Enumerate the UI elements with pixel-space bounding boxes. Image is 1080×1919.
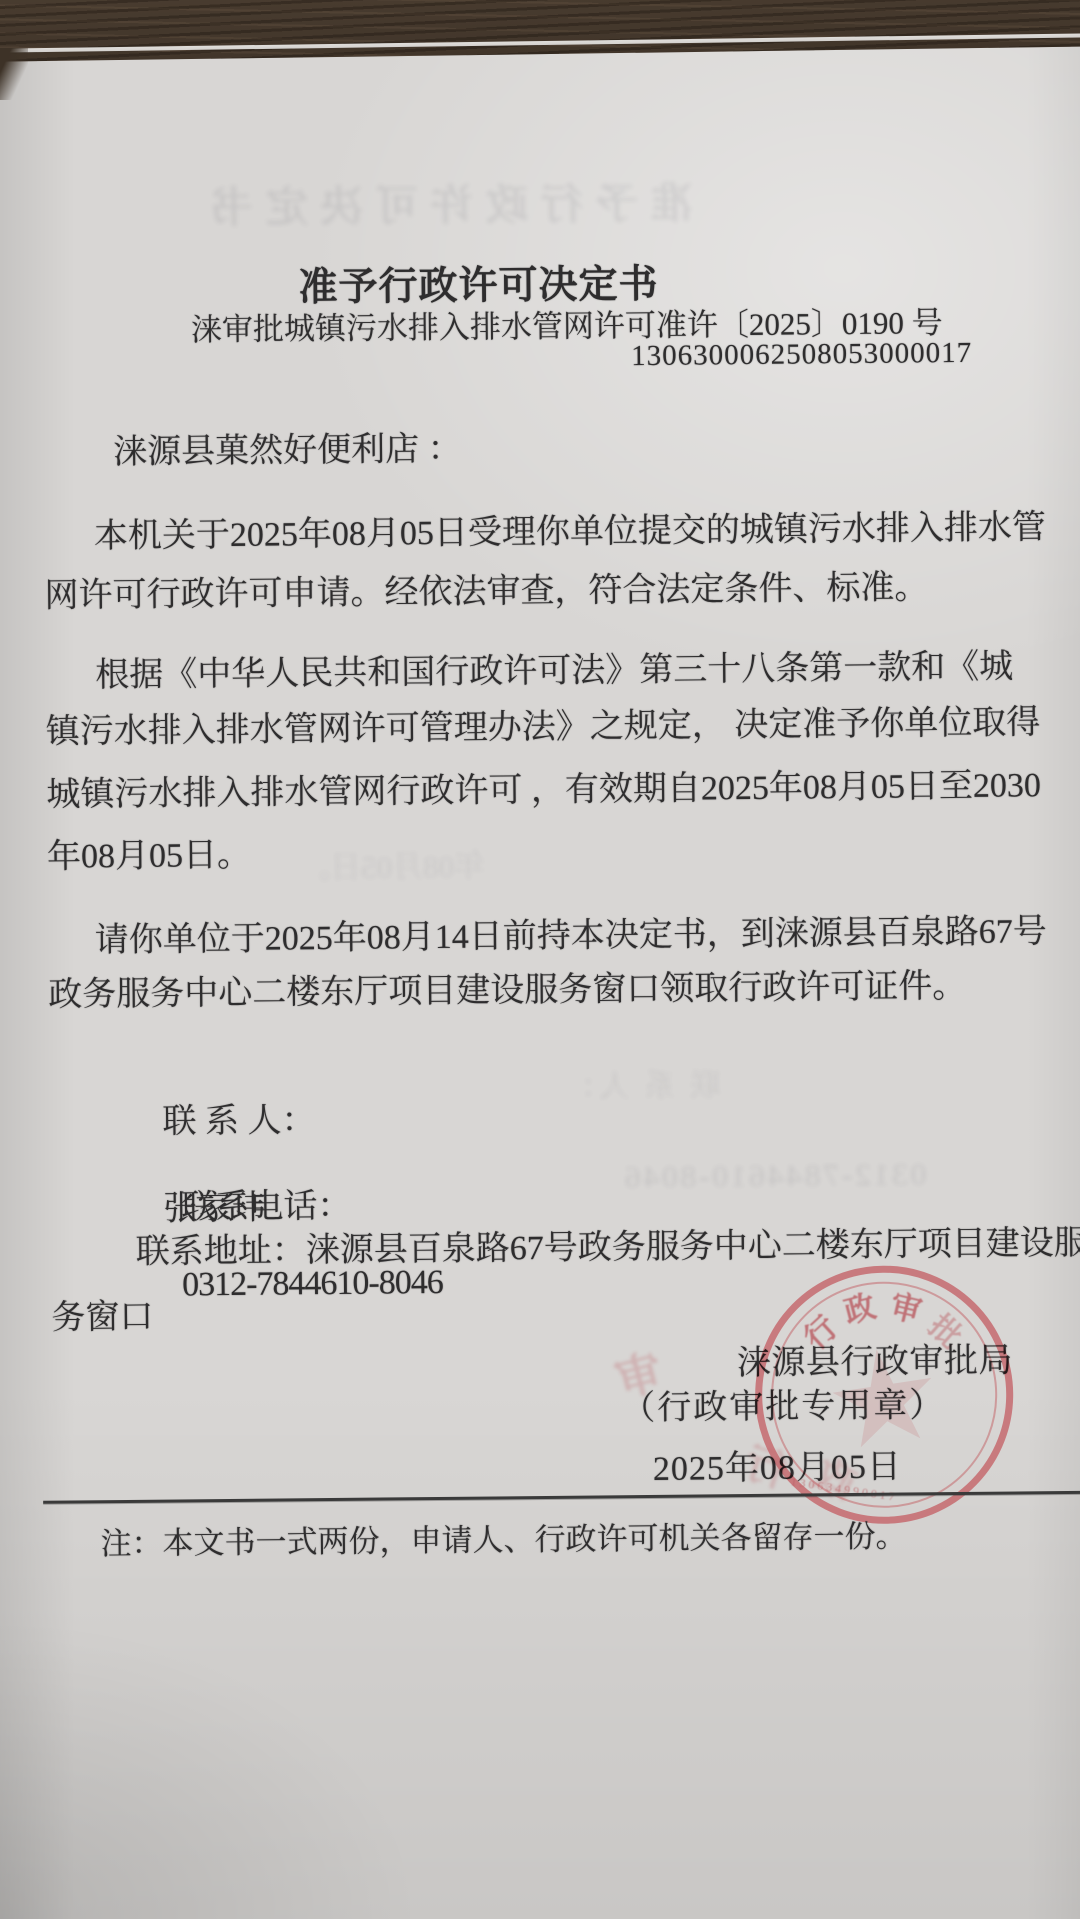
- paragraph-2-line-3: 城镇污水排入排水管网行政许可 ，有效期自2025年08月05日至2030: [46, 757, 1041, 816]
- paragraph-3-line-1: 请你单位于2025年08月14日前持本决定书，到涞源县百泉路67号: [95, 903, 1047, 961]
- seal-caption-line: （行政审批专用章）: [621, 1377, 945, 1429]
- contact-phone-label: 联系电话：: [181, 1188, 351, 1227]
- document-photo: 准予行政许可决定书 年08月05日。 联 系 人： 0312-7844610-8…: [0, 0, 1080, 1919]
- ghost-bleed-line: 年08月05日。: [299, 841, 485, 888]
- ghost-bleed-contact: 联 系 人：: [561, 1060, 720, 1106]
- paragraph-2-line-2: 镇污水排入排水管网许可管理办法》之规定， 决定准予你单位取得: [46, 694, 1041, 753]
- document-serial-number: 1306300062508053000017: [631, 337, 972, 373]
- footnote: 注：本文书一式两份，申请人、行政许可机关各留存一份。: [100, 1511, 906, 1564]
- ghost-bleed-phone: 0312-7844610-8046: [622, 1156, 926, 1195]
- seal-arc-char: 政: [838, 1281, 879, 1332]
- addressee: 涞源县菓然好便利店 ：: [113, 421, 462, 473]
- contact-address-line-2: 务窗口: [51, 1289, 153, 1339]
- contact-person-label: 联 系 人：: [162, 1102, 315, 1140]
- issuing-authority: 涞源县行政审批局: [737, 1332, 1013, 1384]
- footnote-separator-line: [43, 1491, 1080, 1504]
- ghost-bleed-title: 准予行政许可决定书: [197, 171, 693, 236]
- paragraph-2-line-1: 根据《中华人民共和国行政许可法》第三十八条第一款和《城: [95, 638, 1013, 696]
- contact-address-line-1: 联系地址：涞源县百泉路67号政务服务中心二楼东厅项目建设服: [136, 1215, 1080, 1273]
- paragraph-1-line-1: 本机关于2025年08月05日受理你单位提交的城镇污水排入排水管: [94, 499, 1046, 557]
- seal-arc-char: 审: [886, 1280, 927, 1331]
- paper-sheet: 准予行政许可决定书 年08月05日。 联 系 人： 0312-7844610-8…: [0, 0, 1080, 1919]
- issue-date: 2025年08月05日: [653, 1439, 902, 1490]
- paragraph-3-line-2: 政务服务中心二楼东厅项目建设服务窗口领取行政许可证件。: [48, 958, 966, 1016]
- paragraph-2-line-4: 年08月05日。: [47, 827, 251, 878]
- paragraph-1-line-2: 网许可行政许可申请。经依法审查，符合法定条件、标准。: [44, 559, 928, 616]
